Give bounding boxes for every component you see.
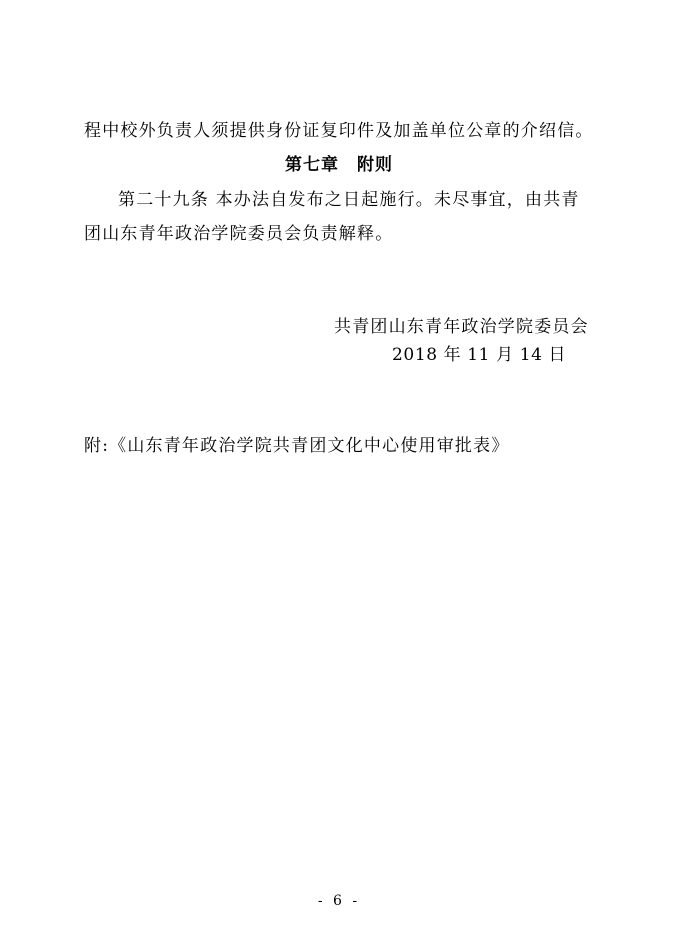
- article-line-1: 第二十九条 本办法自发布之日起施行。未尽事宜，由共青: [118, 189, 580, 211]
- signature-date: 2018 年 11 月 14 日: [392, 344, 566, 366]
- body-text-line: 程中校外负责人须提供身份证复印件及加盖单位公章的介绍信。: [84, 120, 594, 142]
- page-number: - 6 -: [0, 890, 678, 912]
- chapter-number: 第七章: [285, 155, 339, 175]
- chapter-title: 附则: [357, 155, 393, 175]
- chapter-heading: 第七章附则: [0, 154, 678, 176]
- attachment-note: 附:《山东青年政治学院共青团文化中心使用审批表》: [84, 435, 510, 457]
- article-line-2: 团山东青年政治学院委员会负责解释。: [84, 223, 393, 245]
- signature-organization: 共青团山东青年政治学院委员会: [334, 316, 589, 338]
